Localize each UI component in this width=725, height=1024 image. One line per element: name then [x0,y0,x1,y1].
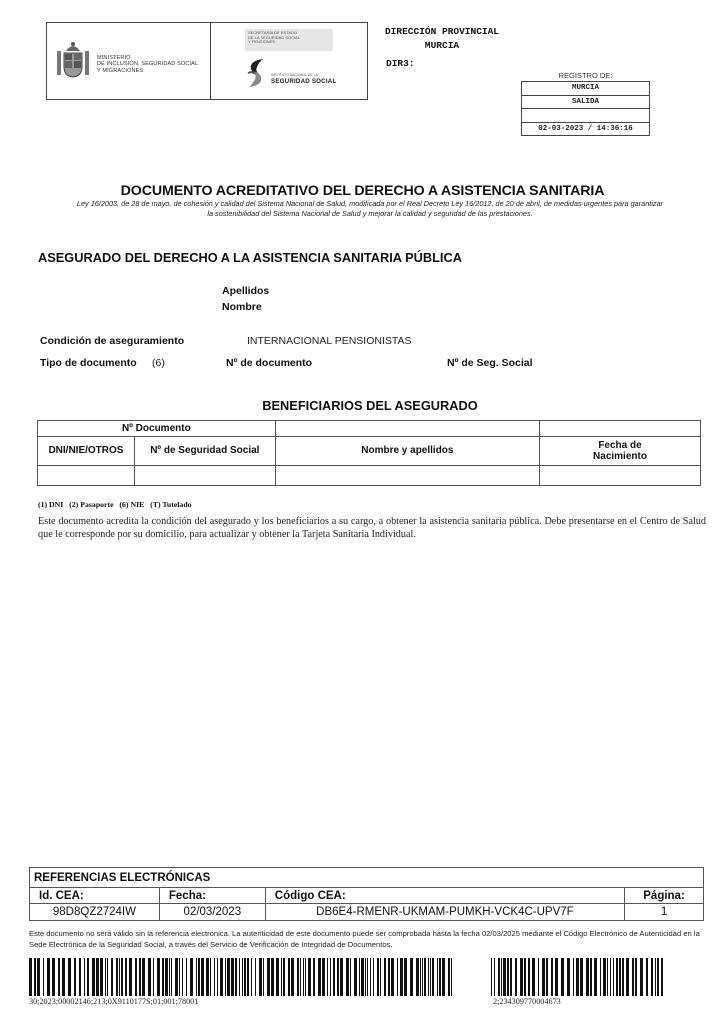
column-header-nombre: Nombre y apellidos [275,437,539,466]
pagina-value: 1 [625,904,704,921]
table-row [38,466,701,486]
registro-numero [522,109,650,123]
registro-tipo: SALIDA [522,95,650,109]
ministry-line-3: y Migraciones [97,68,198,74]
ministry-name: Ministerio de Inclusión, Seguridad Socia… [97,55,198,74]
barcode-right-text: 2;234309770004673 [493,997,561,1006]
validity-notice: Este documento no será válido sin la ref… [29,929,709,950]
id-cea-label: Id. CEA: [30,888,160,904]
tipo-documento-label: Tipo de documento [40,357,137,369]
notice-paragraph: Este documento acredita la condición del… [38,515,706,541]
column-header-fecha-nacimiento: Fecha de Nacimiento [540,437,701,466]
fecha-value: 02/03/2023 [159,904,265,921]
ministry-logo: Ministerio de Inclusión, Seguridad Socia… [47,23,211,99]
document-title: DOCUMENTO ACREDITATIVO DEL DERECHO A ASI… [0,183,725,199]
law-line-1: Ley 16/2003, de 28 de mayo, de cohesión … [34,199,706,209]
codigo-cea-value: DB6E4-RMENR-UKMAM-PUMKH-VCK4C-UPV7F [265,904,624,921]
apellidos-label: Apellidos [222,285,269,297]
empty-header-cell [540,421,701,437]
secretaria-line-3: y Pensiones [248,40,330,45]
condicion-label: Condición de aseguramiento [40,335,184,347]
law-reference: Ley 16/2003, de 28 de mayo, de cohesión … [34,199,706,218]
group-header-documento: Nº Documento [38,421,276,437]
barcode-bar [452,958,453,996]
registro-provincia: MURCIA [522,82,650,96]
barcode-left-text: 30;2023;00002146;213;0X9110177S;01;001;7… [29,997,198,1006]
column-header-dni: DNI/NIE/OTROS [38,437,135,466]
document-type-legend: (1) DNI (2) Pasaporte (6) NIE (T) Tutela… [38,500,192,509]
cell-seg-social [134,466,275,486]
electronic-references-table: REFERENCIAS ELECTRÓNICAS Id. CEA: Fecha:… [29,867,704,921]
coat-of-arms-icon [55,41,91,81]
direccion-line-1: DIRECCIÓN PROVINCIAL [382,25,502,39]
institute-label: Instituto Nacional de la [271,73,318,77]
condicion-value: INTERNACIONAL PENSIONISTAS [247,335,412,347]
direccion-line-2: MURCIA [382,39,502,53]
beneficiaries-table: Nº Documento DNI/NIE/OTROS Nº de Segurid… [37,420,701,486]
institute-name: SEGURIDAD SOCIAL [271,78,336,85]
empty-header-cell [275,421,539,437]
law-line-2: la sostenibilidad del Sistema Nacional d… [34,209,706,219]
seguridad-social-s-icon [245,57,267,89]
numero-seg-social-label: Nº de Seg. Social [447,357,533,369]
beneficiaries-section-title: BENEFICIARIOS DEL ASEGURADO [0,398,725,413]
fecha-label: Fecha: [159,888,265,904]
seguridad-social-logo: Secretaría de Estado de la Seguridad Soc… [211,23,367,99]
insured-section-title: ASEGURADO DEL DERECHO A LA ASISTENCIA SA… [38,250,462,265]
dir3-label: DIR3: [386,58,415,69]
barcode-bar [661,958,663,996]
cell-fecha-nacimiento [540,466,701,486]
registro-table: MURCIA SALIDA 02-03-2023 / 14:36:16 [521,81,650,136]
registro-fecha: 02-03-2023 / 14:36:16 [522,122,650,136]
ministry-line-2: de Inclusión, Seguridad Social [97,61,198,67]
barcode-left [29,958,453,996]
references-title: REFERENCIAS ELECTRÓNICAS [30,868,704,888]
pagina-label: Página: [625,888,704,904]
cell-nombre [275,466,539,486]
cell-dni [38,466,135,486]
barcode-right [491,958,663,996]
codigo-cea-label: Código CEA: [265,888,624,904]
id-cea-value: 98D8QZ2724IW [30,904,160,921]
registro-label: REGISTRO DE: [521,71,650,80]
numero-documento-label: Nº de documento [226,357,312,369]
column-header-seg-social: Nº de Seguridad Social [134,437,275,466]
secretaria-label: Secretaría de Estado de la Seguridad Soc… [245,29,333,51]
tipo-documento-value: (6) [152,357,165,369]
direccion-provincial: DIRECCIÓN PROVINCIAL MURCIA [382,25,502,53]
header-logos: Ministerio de Inclusión, Seguridad Socia… [46,22,368,100]
nombre-label: Nombre [222,301,262,313]
